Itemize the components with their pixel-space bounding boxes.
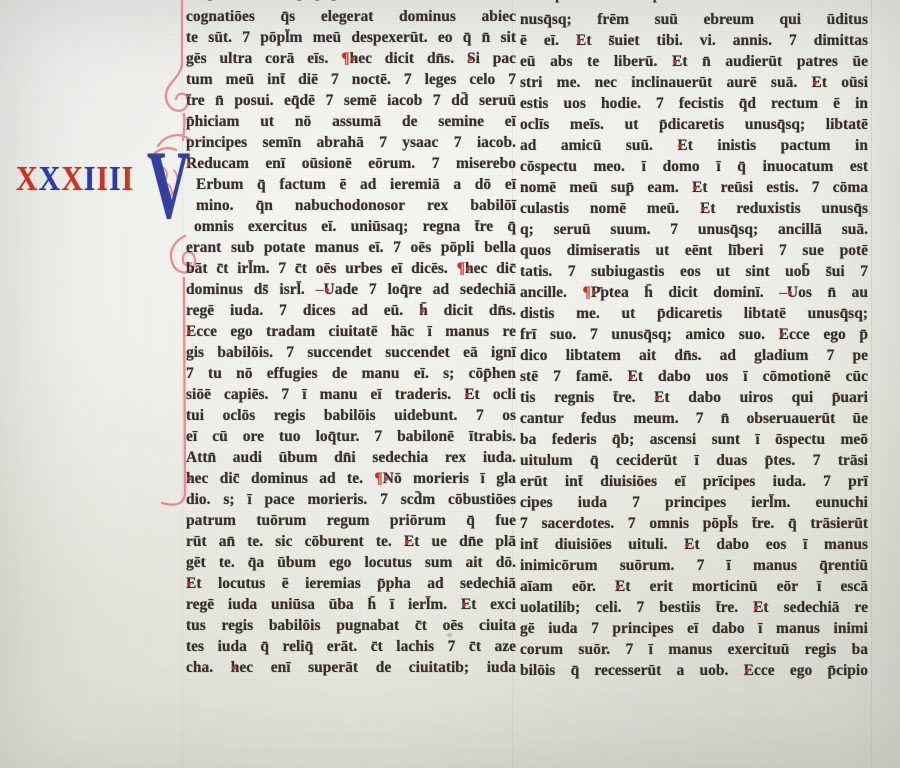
text-line: cōspectu meo. ī domo ī q̄ inuocatum est: [520, 156, 868, 177]
text-segment: uitulum q̄ ceciderūt ī duas p̄tes. 7 trā…: [520, 452, 868, 469]
text-line: tum meū int̄ diē 7 noctē. 7 leges celo 7: [186, 69, 516, 90]
text-segment: E: [615, 578, 625, 595]
text-segment: dicit dn̄s.: [428, 302, 516, 319]
text-line: inimicōrum suōrum. 7 ī manus q̄rentiū: [520, 555, 868, 576]
text-segment: E: [684, 536, 694, 553]
text-line: ancille. ¶P̄ptea h̄ dicit dominī. –Uos n…: [520, 282, 868, 303]
text-line: t̄re n̄ posui. eq̄dē 7 semē iacob 7 dd̄ …: [186, 90, 516, 111]
text-line: tus regis babilōis pugnabat c̄t oēs ciui…: [186, 615, 516, 636]
text-line: patrum tuōrum regum priōrum q̄ fue: [186, 510, 516, 531]
text-line: dio. s; ī pace morieris. 7 scd̄m cōbusti…: [186, 489, 516, 510]
text-segment: q; seruū suum. 7 unusq̄sq; ancillā suā.: [520, 221, 868, 238]
text-line: cipes iuda 7 principes ierl̄m. eunuchi: [520, 492, 868, 513]
text-line: hec dic̄ dominus ad te. ¶Nō morieris ī g…: [186, 468, 516, 489]
text-line: eī cū ore tuo loq̄tur. 7 babilonē ītrabi…: [186, 426, 516, 447]
text-line: mino. q̄n nabuchodonosor rex babilōī: [186, 195, 516, 216]
chapter-letter: I: [122, 159, 135, 198]
text-segment: E: [672, 53, 682, 70]
cropped-line-left: nūq̄d nō uidisti q̄d pōpl̄s iste locutus…: [186, 0, 516, 2]
text-segment: E: [692, 179, 702, 196]
text-segment: ec dicit dn̄s.: [358, 50, 467, 67]
text-segment: nomē meū sup̄ eam.: [520, 179, 692, 196]
text-segment: eī cū ore tuo loq̄tur. 7 babilonē ītrabi…: [186, 428, 516, 445]
text-segment: patrum tuōrum regum priōrum q̄ fue: [186, 512, 516, 529]
text-segment: erant sub potate manus eī. 7 oēs pōpli b…: [186, 239, 516, 256]
text-segment: nusq̄sq; frēm suū ebreum qui ūditus: [520, 11, 868, 28]
text-segment: principes semīn abrahā 7 ysaac 7 iacob.: [186, 134, 516, 151]
text-segment: S: [467, 50, 476, 67]
text-segment: i pac: [476, 50, 516, 67]
text-segment: ō morieris ī gla: [394, 470, 516, 487]
text-segment: eī: [491, 176, 516, 193]
text-line: tatis. 7 subiugastis eos ut sint uob̄ s̄…: [520, 261, 868, 282]
text-segment: rūt an̄ te. sic cōburent te.: [186, 533, 404, 550]
text-line: stē 7 famē. Et dabo uos ī cōmotionē cūc: [520, 366, 868, 387]
text-segment: omnis exercitus eī. uniūsaq; regna t̄re …: [194, 218, 516, 235]
text-line: eū abs te liberū. Et n̄ audierūt patres …: [520, 51, 868, 72]
text-segment: bāt c̄t irl̄m. 7 c̄t oēs urbes eī dicēs.: [186, 260, 457, 277]
text-segment: 7 tu nō effugies de manu eī. s; cōp̄hen: [186, 365, 516, 382]
text-segment: ̄ptea h̄ dicit dominī.: [600, 284, 779, 301]
manuscript-page: XXXIIII V nūq̄d nō uidisti q̄d pōpl̄s is…: [0, 0, 900, 768]
text-line: gis babilōis. 7 succendet succendet eā i…: [186, 342, 516, 363]
text-segment: R: [186, 155, 197, 172]
text-segment: cce ego tradam ciuitatē hāc ī manus re: [196, 323, 516, 340]
text-segment: E: [461, 596, 471, 613]
text-line: Ecce ego tradam ciuitatē hāc ī manus re: [186, 321, 516, 342]
text-segment: t reduxistis unusq̄s: [710, 200, 868, 217]
text-line: Reducam enī oūsionē eōrum. 7 miserebo: [186, 153, 516, 174]
text-segment: Attn̄ audi ūbum dn̄i sedechia rex iuda.: [186, 449, 516, 466]
text-segment: aīam eōr.: [520, 578, 615, 595]
text-segment: t ocli: [475, 386, 516, 403]
illuminated-initial-v: V: [147, 136, 190, 234]
cropped-line-right: cū cōpleti fuerint septē anni dimittat u: [520, 0, 868, 4]
text-line: Et locutus ē ieremias p̄pha ad sedechiā: [186, 573, 516, 594]
text-line: corum suōr. 7 ī manus exercituū regis ba: [520, 639, 868, 660]
chapter-letter: I: [109, 159, 122, 198]
text-segment: cipes iuda 7 principes ierl̄m. eunuchi: [520, 494, 868, 511]
text-line: siōē capiēs. 7 ī manu eī traderis. Et oc…: [186, 384, 516, 405]
text-segment: cha.: [186, 659, 231, 676]
text-segment: E: [186, 575, 196, 592]
text-line: erant sub potate manus eī. 7 oēs pōpli b…: [186, 237, 516, 258]
text-segment: int̄ diuisiōes uituli.: [520, 536, 684, 553]
text-line: tis regnis t̄re. Et dabo uiros qui p̄uar…: [520, 387, 868, 408]
text-segment: stē 7 famē.: [520, 368, 628, 385]
chapter-number-xxxiiii: XXXIIII: [16, 161, 134, 196]
text-line: omnis exercitus eī. uniūsaq; regna t̄re …: [186, 216, 516, 237]
text-segment: U: [787, 284, 798, 301]
text-segment: t inistis pactum in: [688, 137, 868, 154]
text-segment: frī suo. 7 unusq̄sq; amico suo.: [520, 326, 779, 343]
text-line: regē iuda uniūsa ūba h̄ ī ierl̄m. Et exc…: [186, 594, 516, 615]
text-segment: h: [231, 659, 240, 676]
text-line: rūt an̄ te. sic cōburent te. Et ue dn̄e …: [186, 531, 516, 552]
text-column-right: nusq̄sq; frēm suū ebreum qui ūditusē eī.…: [520, 9, 868, 681]
text-segment: t dabo uos ī cōmotionē cūc: [638, 368, 868, 385]
text-line: ba federis q̄b; ascensi sunt ī ōspectu m…: [520, 429, 868, 450]
text-line: Attn̄ audi ūbum dn̄i sedechia rex iuda.: [186, 447, 516, 468]
text-line: nusq̄sq; frēm suū ebreum qui ūditus: [520, 9, 868, 30]
text-line: distis me. ut p̄dicaretis libtatē unusq̄…: [520, 303, 868, 324]
text-line: p̄hiciam ut nō assumā de semine eī: [186, 111, 516, 132]
rubric-mark: ¶: [457, 260, 465, 277]
text-line: oclīs meīs. ut p̄dicaretis unusq̄sq; lib…: [520, 114, 868, 135]
text-line: erūt int̄ diuisiōes eī prīcipes iuda. 7 …: [520, 471, 868, 492]
text-segment: culastis nomē meū.: [520, 200, 700, 217]
age-speck: [447, 633, 452, 637]
rubric-mark: ¶: [341, 50, 349, 67]
text-segment: gis babilōis. 7 succendet succendet eā i…: [186, 344, 516, 361]
text-line: frī suo. 7 unusq̄sq; amico suo. Ecce ego…: [520, 324, 868, 345]
text-segment: os n̄ au: [798, 284, 868, 301]
text-line: nomē meū sup̄ eam. Et reūsi estis. 7 cōm…: [520, 177, 868, 198]
text-segment: tui oclōs regis babilōis uidebunt. 7 os: [186, 407, 516, 424]
text-segment: ec dic̄: [474, 260, 516, 277]
text-segment: mino. q̄n nabuchodonosor rex babilōī: [196, 197, 516, 214]
text-segment: distis me. ut p̄dicaretis libtatē unusq̄…: [520, 305, 868, 322]
text-segment: gēs ultra corā eīs.: [186, 50, 341, 67]
rubric-mark: –: [779, 284, 787, 301]
text-segment: gēt te. q̄a ūbum ego locutus sum ait dō.: [186, 554, 516, 571]
text-line: 7 sacerdotes. 7 omnis pōpl̄s t̄re. q̄ tr…: [520, 513, 868, 534]
text-segment: t n̄ audierūt patres ūe: [682, 53, 868, 70]
text-segment: educam enī oūsionē eōrum. 7 miserebo: [197, 155, 516, 172]
text-line: cha. hec enī superāt de ciuitatib; iuda: [186, 657, 516, 678]
text-line: gēs ultra corā eīs. ¶hec dicit dn̄s. Si …: [186, 48, 516, 69]
text-segment: cce ego p̄: [789, 326, 868, 343]
text-line: stri me. nec inclinauerūt aurē suā. Et o…: [520, 72, 868, 93]
text-segment: tis regnis t̄re.: [520, 389, 654, 406]
text-segment: ade 7 loq̄re ad sedechiā: [335, 281, 516, 298]
text-segment: h: [186, 470, 195, 487]
text-segment: 7 sacerdotes. 7 omnis pōpl̄s t̄re. q̄ tr…: [520, 515, 868, 532]
text-segment: ec dic̄ dominus ad te.: [195, 470, 375, 487]
text-line: principes semīn abrahā 7 ysaac 7 iacob.: [186, 132, 516, 153]
text-line: regē iuda. 7 dices ad eū. h̄ dicit dn̄s.: [186, 300, 516, 321]
text-segment: E: [753, 599, 763, 616]
text-segment: t dabo uiros qui p̄uari: [664, 389, 868, 406]
text-segment: dominus ds̄ isrl̄.: [186, 281, 316, 298]
text-line: ē eī. Et s̄uiet tibi. vi. annis. 7 dimit…: [520, 30, 868, 51]
text-segment: tatis. 7 subiugastis eos ut sint uob̄ s̄…: [520, 263, 868, 280]
text-segment: tus regis babilōis pugnabat c̄t oēs ciui…: [186, 617, 516, 634]
text-segment: t exci: [471, 596, 516, 613]
ruling-line-right: [871, 0, 872, 768]
rubric-mark: ¶: [374, 470, 382, 487]
text-segment: h: [350, 50, 359, 67]
rubric-mark: –: [316, 281, 324, 298]
text-segment: corum suōr. 7 ī manus exercituū regis ba: [520, 641, 868, 658]
text-segment: p̄hiciam ut nō assumā de semine eī: [186, 113, 516, 130]
text-line: dominus ds̄ isrl̄. –Uade 7 loq̄re ad sed…: [186, 279, 516, 300]
text-segment: oclīs meīs. ut p̄dicaretis unusq̄sq; lib…: [520, 116, 868, 133]
text-segment: regē iuda. 7 dices ad eū.: [186, 302, 419, 319]
text-segment: t̄re n̄ posui. eq̄dē 7 semē iacob 7 dd̄ …: [186, 92, 516, 109]
text-segment: t oūsi: [822, 74, 868, 91]
text-segment: ē eī.: [520, 32, 576, 49]
text-segment: E: [779, 326, 789, 343]
chapter-letter: X: [39, 159, 62, 198]
text-segment: ec enī superāt de ciuitatib; iuda: [239, 659, 516, 676]
text-line: uolatilib; celi. 7 bestiis t̄re. Et sede…: [520, 597, 868, 618]
text-segment: ba federis q̄b; ascensi sunt ī ōspectu m…: [520, 431, 868, 448]
text-segment: eū abs te liberū.: [520, 53, 672, 70]
text-line: bāt c̄t irl̄m. 7 c̄t oēs urbes eī dicēs.…: [186, 258, 516, 279]
text-segment: E: [628, 368, 638, 385]
text-segment: dio. s; ī pace morieris. 7 scd̄m cōbusti…: [186, 491, 516, 508]
text-segment: t reūsi estis. 7 cōma: [702, 179, 868, 196]
text-segment: gē iuda 7 principes eī dabo ī manus inim…: [520, 620, 868, 637]
text-segment: cantur fedus meum. 7 n̄ obseruauerūt ūe: [520, 410, 868, 427]
text-line: tes iuda q̄ reliq̄ erāt. c̄t lachis 7 c̄…: [186, 636, 516, 657]
text-segment: tum meū int̄ diē 7 noctē. 7 leges celo 7: [186, 71, 516, 88]
text-segment: E: [654, 389, 664, 406]
text-line: quos dimiseratis ut eēnt līberi 7 sue po…: [520, 240, 868, 261]
text-segment: estis uos hodie. 7 fecistis q̄d rectum ē…: [520, 95, 868, 112]
text-segment: cōspectu meo. ī domo ī q̄ inuocatum est: [520, 158, 868, 175]
text-segment: E: [812, 74, 822, 91]
chapter-letter: X: [61, 159, 84, 198]
text-segment: t ue dn̄e plā: [414, 533, 516, 550]
text-segment: ad amicū suū.: [520, 137, 677, 154]
text-segment: erūt int̄ diuisiōes eī prīcipes iuda. 7 …: [520, 473, 868, 490]
text-segment: h: [465, 260, 474, 277]
text-segment: t sedechiā re: [763, 599, 868, 616]
text-segment: quos dimiseratis ut eēnt līberi 7 sue po…: [520, 242, 868, 259]
text-segment: t erit morticinū eōr ī escā: [625, 578, 868, 595]
text-line: te sūt. 7 pōpl̄m meū despexerūt. eo q̄ n…: [186, 27, 516, 48]
text-segment: te sūt. 7 pōpl̄m meū despexerūt. eo q̄ n…: [186, 29, 516, 46]
text-segment: t locutus ē ieremias p̄pha ad sedechiā: [196, 575, 516, 592]
text-line: dico libtatem ait dn̄s. ad gladium 7 pe: [520, 345, 868, 366]
text-segment: stri me. nec inclinauerūt aurē suā.: [520, 74, 812, 91]
text-line: Erbum q̄ factum ē ad ieremiā a dō eī: [186, 174, 516, 195]
text-line: bilōis q̄ recesserūt a uob. Ecce ego p̄c…: [520, 660, 868, 681]
text-segment: ancille.: [520, 284, 582, 301]
text-segment: tes iuda q̄ reliq̄ erāt. c̄t lachis 7 c̄…: [186, 638, 516, 655]
text-column-left: cognatiōes q̄s elegerat dominus abiecte …: [186, 6, 516, 678]
text-segment: inimicōrum suōrum. 7 ī manus q̄rentiū: [520, 557, 868, 574]
rubric-mark: ¶: [582, 284, 590, 301]
text-segment: E: [700, 200, 710, 217]
text-segment: dico libtatem ait dn̄s. ad gladium 7 pe: [520, 347, 868, 364]
text-line: 7 tu nō effugies de manu eī. s; cōp̄hen: [186, 363, 516, 384]
text-line: gēt te. q̄a ūbum ego locutus sum ait dō.: [186, 552, 516, 573]
text-line: ad amicū suū. Et inistis pactum in: [520, 135, 868, 156]
text-segment: E: [576, 32, 586, 49]
text-line: int̄ diuisiōes uituli. Et dabo eos ī man…: [520, 534, 868, 555]
text-segment: regē iuda uniūsa ūba h̄ ī ierl̄m.: [186, 596, 461, 613]
text-line: cantur fedus meum. 7 n̄ obseruauerūt ūe: [520, 408, 868, 429]
chapter-letter: X: [16, 159, 39, 198]
text-segment: t dabo eos ī manus: [695, 536, 869, 553]
text-line: tui oclōs regis babilōis uidebunt. 7 os: [186, 405, 516, 426]
text-line: q; seruū suum. 7 unusq̄sq; ancillā suā.: [520, 219, 868, 240]
text-segment: E: [677, 137, 687, 154]
text-segment: cognatiōes q̄s elegerat dominus abiec: [186, 8, 516, 25]
text-segment: Erbum q̄ factum ē ad ieremiā a dō: [196, 176, 491, 193]
text-line: culastis nomē meū. Et reduxistis unusq̄s: [520, 198, 868, 219]
chapter-letter: I: [84, 159, 97, 198]
text-line: cognatiōes q̄s elegerat dominus abiec: [186, 6, 516, 27]
age-speck: [868, 212, 871, 215]
text-segment: P: [591, 284, 600, 301]
chapter-letter: I: [96, 159, 109, 198]
text-segment: t s̄uiet tibi. vi. annis. 7 dimittas: [586, 32, 868, 49]
text-segment: bilōis q̄ recesserūt a uob.: [520, 662, 744, 679]
text-segment: E: [744, 662, 754, 679]
text-line: uitulum q̄ ceciderūt ī duas p̄tes. 7 trā…: [520, 450, 868, 471]
text-segment: h̄: [419, 302, 428, 319]
text-segment: uolatilib; celi. 7 bestiis t̄re.: [520, 599, 753, 616]
text-segment: E: [186, 323, 196, 340]
text-line: estis uos hodie. 7 fecistis q̄d rectum ē…: [520, 93, 868, 114]
text-segment: siōē capiēs. 7 ī manu eī traderis.: [186, 386, 464, 403]
text-segment: E: [464, 386, 474, 403]
text-segment: N: [383, 470, 394, 487]
text-line: gē iuda 7 principes eī dabo ī manus inim…: [520, 618, 868, 639]
text-segment: E: [404, 533, 414, 550]
text-line: aīam eōr. Et erit morticinū eōr ī escā: [520, 576, 868, 597]
text-segment: cce ego p̄cipio: [754, 662, 868, 679]
text-segment: U: [324, 281, 335, 298]
